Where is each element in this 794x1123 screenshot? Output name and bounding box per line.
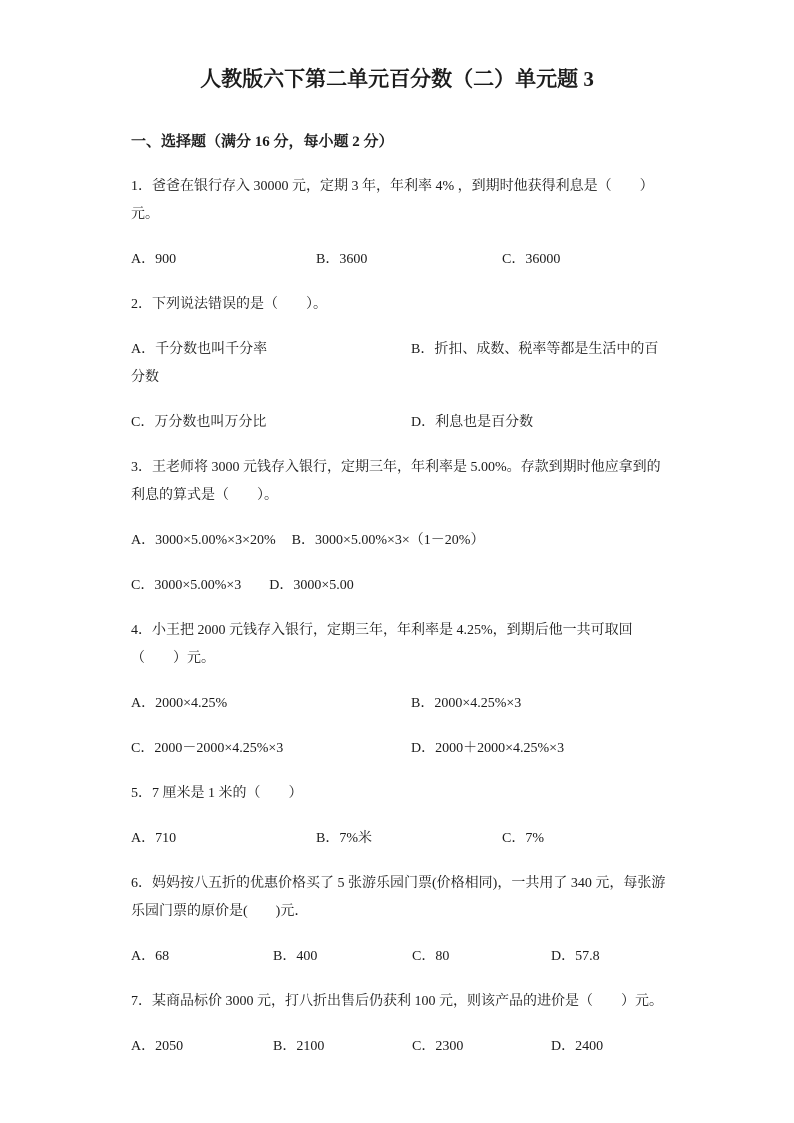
question-2-options-cd: C．万分数也叫万分比 D．利息也是百分数: [131, 409, 663, 437]
question-7-stem: 7．某商品标价 3000 元，打八折出售后仍获利 100 元，则该产品的进价是（…: [131, 988, 663, 1016]
question-2-options-ab: A．千分数也叫千分率B．折扣、成数、税率等都是生活中的百分数: [131, 336, 663, 392]
document-title: 人教版六下第二单元百分数（二）单元题 3: [0, 0, 794, 94]
question-3-option-a: A．3000×5.00%×3×20%: [131, 533, 276, 548]
question-1-options: A．900 B．3600 C．36000: [131, 246, 663, 274]
question-6-option-c: C．80: [412, 943, 449, 971]
question-4-stem: 4．小王把 2000 元钱存入银行，定期三年，年利率是 4.25%，到期后他一共…: [131, 617, 663, 673]
question-6-option-d: D．57.8: [551, 943, 600, 971]
question-3-options-ab: A．3000×5.00%×3×20%B．3000×5.00%×3×（1－20%）: [131, 527, 663, 555]
question-1-stem-line-1: 1．爸爸在银行存入 30000 元，定期 3 年，年利率 4% ，到期时他获得利…: [131, 173, 663, 201]
question-2-stem: 2．下列说法错误的是（ ）。: [131, 291, 663, 319]
question-6-stem-line-1: 6．妈妈按八五折的优惠价格买了 5 张游乐园门票(价格相同)，一共用了 340 …: [131, 870, 663, 898]
document-page: 人教版六下第二单元百分数（二）单元题 3 一、选择题（满分 16 分，每小题 2…: [0, 0, 794, 1123]
question-1-stem-line-2: 元。: [131, 201, 663, 229]
question-3-stem: 3．王老师将 3000 元钱存入银行，定期三年，年利率是 5.00%。存款到期时…: [131, 454, 663, 510]
question-6-option-a: A．68: [131, 943, 169, 971]
question-3-option-c: C．3000×5.00%×3: [131, 578, 241, 593]
question-5-option-c: C．7%: [502, 825, 544, 853]
question-7-option-a: A．2050: [131, 1033, 183, 1061]
question-6-option-b: B．400: [273, 943, 317, 971]
question-6-stem-line-2: 乐园门票的原价是( )元．: [131, 898, 663, 926]
question-7-stem-line-1: 7．某商品标价 3000 元，打八折出售后仍获利 100 元，则该产品的进价是（…: [131, 988, 663, 1016]
question-1-option-a: A．900: [131, 246, 176, 274]
question-3-stem-line-1: 3．王老师将 3000 元钱存入银行，定期三年，年利率是 5.00%。存款到期时…: [131, 454, 663, 482]
question-2-option-a: A．千分数也叫千分率: [131, 336, 411, 364]
question-4-options-ab: A．2000×4.25% B．2000×4.25%×3: [131, 690, 663, 718]
question-6-stem: 6．妈妈按八五折的优惠价格买了 5 张游乐园门票(价格相同)，一共用了 340 …: [131, 870, 663, 926]
question-5-stem: 5．7 厘米是 1 米的（ ）: [131, 780, 663, 808]
document-body: 一、选择题（满分 16 分，每小题 2 分） 1．爸爸在银行存入 30000 元…: [131, 128, 663, 1061]
question-5-stem-line-1: 5．7 厘米是 1 米的（ ）: [131, 780, 663, 808]
question-4-option-a: A．2000×4.25%: [131, 690, 227, 718]
question-5-options: A．710 B．7%米 C．7%: [131, 825, 663, 853]
question-4-option-d: D．2000＋2000×4.25%×3: [411, 735, 564, 763]
question-7-option-b: B．2100: [273, 1033, 324, 1061]
question-2-option-d: D．利息也是百分数: [411, 409, 533, 437]
question-1-option-b: B．3600: [316, 246, 367, 274]
question-3-options-cd: C．3000×5.00%×3D．3000×5.00: [131, 572, 663, 600]
question-3-option-b: B．3000×5.00%×3×（1－20%）: [292, 533, 485, 548]
question-4-option-c: C．2000－2000×4.25%×3: [131, 735, 283, 763]
question-4-stem-line-1: 4．小王把 2000 元钱存入银行，定期三年，年利率是 4.25%，到期后他一共…: [131, 617, 663, 645]
question-7-option-c: C．2300: [412, 1033, 463, 1061]
question-2-stem-line-1: 2．下列说法错误的是（ ）。: [131, 291, 663, 319]
question-7-option-d: D．2400: [551, 1033, 603, 1061]
section-heading: 一、选择题（满分 16 分，每小题 2 分）: [131, 128, 663, 156]
question-6-options: A．68 B．400 C．80 D．57.8: [131, 943, 663, 971]
question-5-option-b: B．7%米: [316, 825, 372, 853]
question-3-option-d: D．3000×5.00: [269, 578, 354, 593]
question-3-stem-line-2: 利息的算式是（ ）。: [131, 482, 663, 510]
question-7-options: A．2050 B．2100 C．2300 D．2400: [131, 1033, 663, 1061]
question-5-option-a: A．710: [131, 825, 176, 853]
question-1-stem: 1．爸爸在银行存入 30000 元，定期 3 年，年利率 4% ，到期时他获得利…: [131, 173, 663, 229]
question-1-option-c: C．36000: [502, 246, 560, 274]
question-4-stem-line-2: （ ）元。: [131, 645, 663, 673]
question-4-option-b: B．2000×4.25%×3: [411, 690, 521, 718]
question-2-option-c: C．万分数也叫万分比: [131, 409, 266, 437]
question-4-options-cd: C．2000－2000×4.25%×3 D．2000＋2000×4.25%×3: [131, 735, 663, 763]
